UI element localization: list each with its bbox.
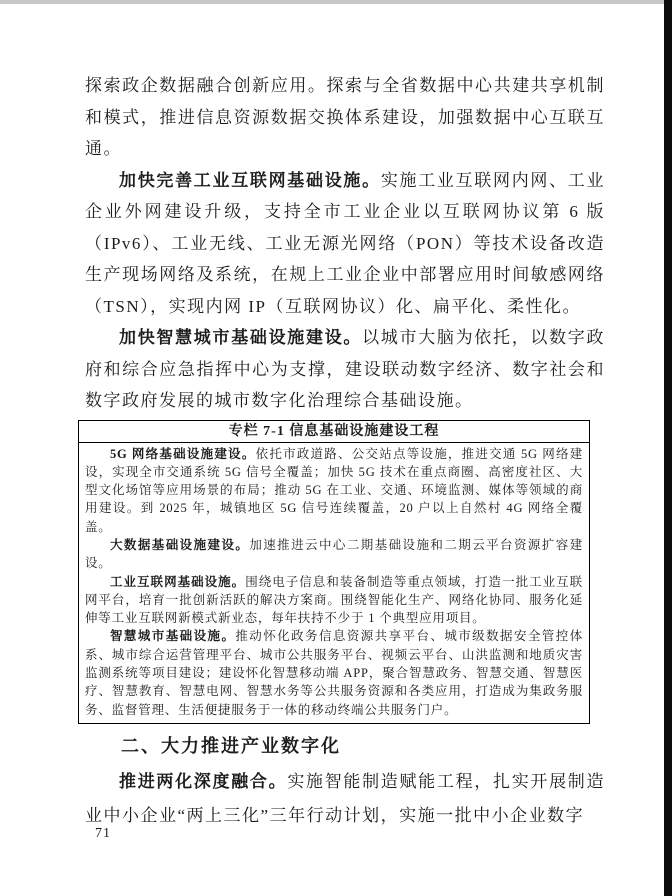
box-item-5g: 5G 网络基础设施建设。依托市政道路、公交站点等设施，推进交通 5G 网络建设，… <box>85 445 583 536</box>
box-body: 5G 网络基础设施建设。依托市政道路、公交站点等设施，推进交通 5G 网络建设，… <box>79 443 589 723</box>
paragraph-lead: 加快完善工业互联网基础设施。 <box>119 171 381 190</box>
paragraph-integration: 推进两化深度融合。实施智能制造赋能工程，扎实开展制造业中小企业“两上三化”三年行… <box>85 765 605 833</box>
box-item-lead: 5G 网络基础设施建设。 <box>110 447 256 461</box>
feature-box-7-1: 专栏 7-1 信息基础设施建设工程 5G 网络基础设施建设。依托市政道路、公交站… <box>78 420 590 724</box>
paragraph-industrial-internet: 加快完善工业互联网基础设施。实施工业互联网内网、工业企业外网建设升级，支持全市工… <box>85 165 605 323</box>
paragraph-lead: 推进两化深度融合。 <box>119 772 287 791</box>
box-item-lead: 智慧城市基础设施。 <box>110 629 235 643</box>
document-page: 探索政企数据融合创新应用。探索与全省数据中心共建共享机制和模式，推进信息资源数据… <box>0 0 672 896</box>
paragraph-lead: 加快智慧城市基础设施建设。 <box>119 328 362 347</box>
box-item-bigdata: 大数据基础设施建设。加速推进云中心二期基础设施和二期云平台资源扩容建设。 <box>85 536 583 573</box>
section-heading: 二、大力推进产业数字化 <box>85 733 605 759</box>
scan-edge-top <box>0 0 672 4</box>
paragraph-continuation: 探索政企数据融合创新应用。探索与全省数据中心共建共享机制和模式，推进信息资源数据… <box>85 70 605 165</box>
box-item-lead: 大数据基础设施建设。 <box>110 538 249 552</box>
box-title: 专栏 7-1 信息基础设施建设工程 <box>79 421 589 443</box>
paragraph-smart-city: 加快智慧城市基础设施建设。以城市大脑为依托，以数字政府和综合应急指挥中心为支撑，… <box>85 322 605 417</box>
box-item-lead: 工业互联网基础设施。 <box>110 575 245 589</box>
box-item-industrial-internet: 工业互联网基础设施。围绕电子信息和装备制造等重点领域，打造一批工业互联网平台，培… <box>85 573 583 628</box>
box-item-smart-city: 智慧城市基础设施。推动怀化政务信息资源共享平台、城市级数据安全管控体系、城市综合… <box>85 627 583 718</box>
scan-edge-right <box>664 0 672 896</box>
page-number: 71 <box>95 826 111 842</box>
page-content: 探索政企数据融合创新应用。探索与全省数据中心共建共享机制和模式，推进信息资源数据… <box>85 70 605 833</box>
paragraph-text: 实施工业互联网内网、工业企业外网建设升级，支持全市工业企业以互联网协议第 6 版… <box>85 171 605 316</box>
